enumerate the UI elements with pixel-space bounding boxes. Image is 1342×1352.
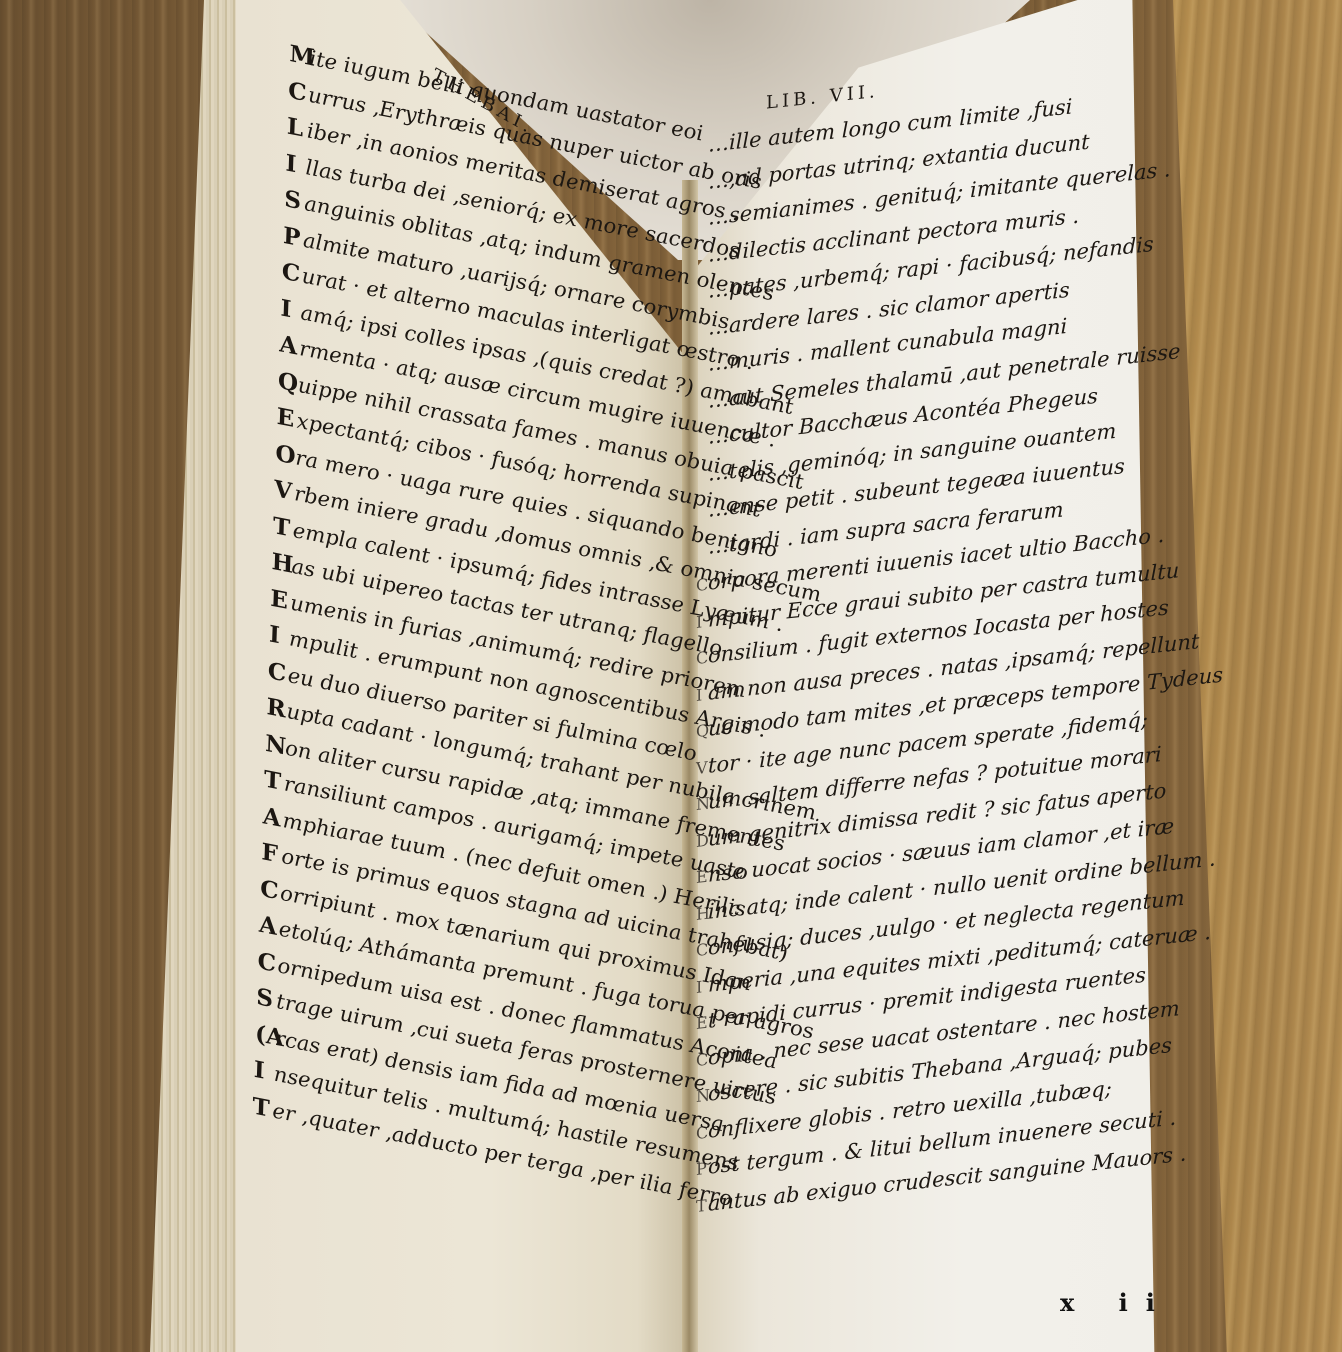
verse-initial: Q	[277, 363, 298, 403]
verse-initial: A	[279, 326, 300, 366]
verse-initial	[696, 261, 708, 262]
verse-initial: I	[696, 676, 708, 714]
verse-initial: C	[260, 870, 281, 910]
verse-initial: E	[276, 399, 297, 439]
verse-initial: C	[696, 567, 708, 605]
verse-initial	[696, 188, 708, 189]
verse-initial: M	[289, 36, 310, 76]
verse-initial	[696, 517, 708, 518]
verse-initial: F	[261, 834, 282, 874]
verse-initial	[696, 334, 708, 335]
verse-initial	[696, 444, 708, 445]
verse-initial: Q	[696, 713, 708, 751]
verse-initial: R	[266, 689, 287, 729]
verse-initial	[696, 225, 708, 226]
verse-initial: N	[696, 1078, 708, 1116]
verse-initial: C	[288, 72, 309, 112]
verse-initial: C	[267, 653, 288, 693]
verse-initial: I	[280, 290, 301, 330]
page-edges-left	[150, 0, 240, 1352]
verse-initial	[696, 298, 708, 299]
signature-mark: x ii	[1060, 1288, 1173, 1317]
verse-initial: C	[696, 640, 708, 678]
verse-initial: E	[696, 1005, 708, 1043]
verse-initial: (A	[254, 1015, 275, 1055]
verse-initial: O	[275, 435, 296, 475]
verse-initial: D	[696, 822, 708, 860]
verse-initial: T	[272, 508, 293, 548]
verse-initial: I	[696, 603, 708, 641]
verse-initial: T	[252, 1088, 273, 1128]
verse-initial: N	[696, 786, 708, 824]
verse-initial: I	[253, 1052, 274, 1092]
verse-initial: E	[270, 580, 291, 620]
verse-initial	[696, 553, 708, 554]
verse-initial: C	[257, 943, 278, 983]
verse-initial: P	[696, 1151, 708, 1189]
verse-initial: T	[263, 762, 284, 802]
verse-initial: A	[262, 798, 283, 838]
verse-initial: L	[286, 109, 307, 149]
verse-initial: V	[696, 749, 708, 787]
verse-initial: C	[281, 254, 302, 294]
verse-initial: I	[285, 145, 306, 185]
verse-initial: P	[282, 217, 303, 257]
verse-initial	[696, 407, 708, 408]
verse-initial: A	[258, 907, 279, 947]
verse-initial: C	[696, 932, 708, 970]
verse-initial: N	[265, 725, 286, 765]
verse-initial: I	[696, 968, 708, 1006]
verse-initial: T	[696, 1187, 708, 1225]
verse-initial: I	[268, 616, 289, 656]
verse-initial	[696, 152, 708, 153]
verse-initial: V	[274, 471, 295, 511]
verse-initial: S	[284, 181, 305, 221]
verse-initial: H	[271, 544, 292, 584]
open-book: THEBAI. Mite iugum belli quondam uastato…	[0, 0, 1342, 1352]
verse-initial: E	[696, 859, 708, 897]
verse-initial	[696, 480, 708, 481]
verse-initial: C	[696, 1114, 708, 1152]
verse-initial: C	[696, 1041, 708, 1079]
verse-initial	[696, 371, 708, 372]
verse-initial: S	[256, 979, 277, 1019]
verse-initial: H	[696, 895, 708, 933]
